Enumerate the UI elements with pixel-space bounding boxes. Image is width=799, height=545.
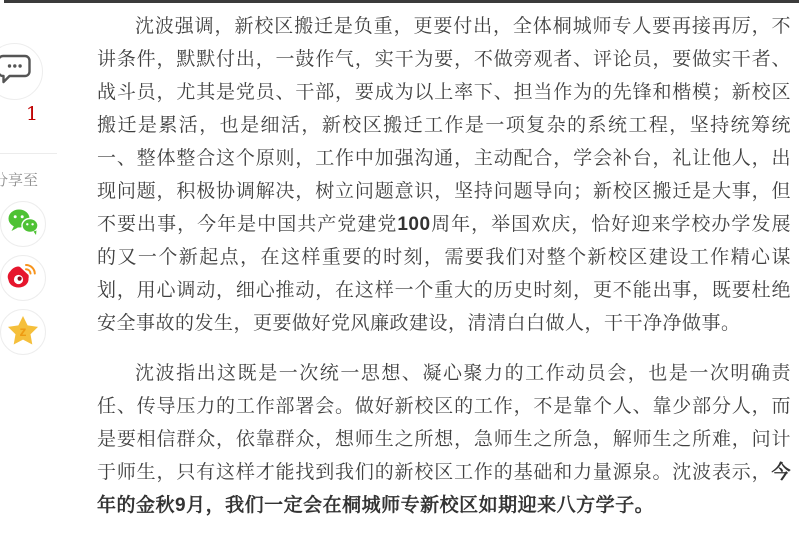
share-rail: 1 分享至 bbox=[0, 0, 60, 545]
share-wechat-button[interactable] bbox=[0, 201, 46, 247]
comment-bubble-icon bbox=[0, 54, 32, 89]
wechat-icon bbox=[7, 208, 39, 241]
weibo-icon bbox=[7, 262, 39, 295]
share-weibo-button[interactable] bbox=[0, 255, 46, 301]
paragraph: 沈波指出这既是一次统一思想、凝心聚力的工作动员会，也是一次明确责任、传导压力的工… bbox=[97, 357, 791, 522]
paragraph-text: 沈波指出这既是一次统一思想、凝心聚力的工作动员会，也是一次明确责任、传导压力的工… bbox=[97, 363, 791, 483]
paragraph-bold-text: 100 bbox=[397, 214, 430, 235]
rail-divider bbox=[0, 153, 57, 154]
comment-count-badge: 1 bbox=[26, 105, 38, 124]
share-to-label: 分享至 bbox=[0, 169, 38, 190]
comment-button[interactable] bbox=[0, 43, 43, 100]
paragraph-text: 沈波强调，新校区搬迁是负重，更要付出，全体桐城师专人要再接再厉，不讲条件，默默付… bbox=[97, 16, 791, 235]
qzone-icon: z bbox=[7, 315, 39, 350]
top-border-bar bbox=[4, 0, 799, 3]
paragraph: 沈波强调，新校区搬迁是负重，更要付出，全体桐城师专人要再接再厉，不讲条件，默默付… bbox=[97, 10, 791, 340]
svg-text:z: z bbox=[20, 323, 27, 339]
share-qzone-button[interactable]: z bbox=[0, 309, 46, 355]
page: 1 分享至 bbox=[0, 0, 799, 545]
article: 沈波强调，新校区搬迁是负重，更要付出，全体桐城师专人要再接再厉，不讲条件，默默付… bbox=[97, 10, 791, 539]
